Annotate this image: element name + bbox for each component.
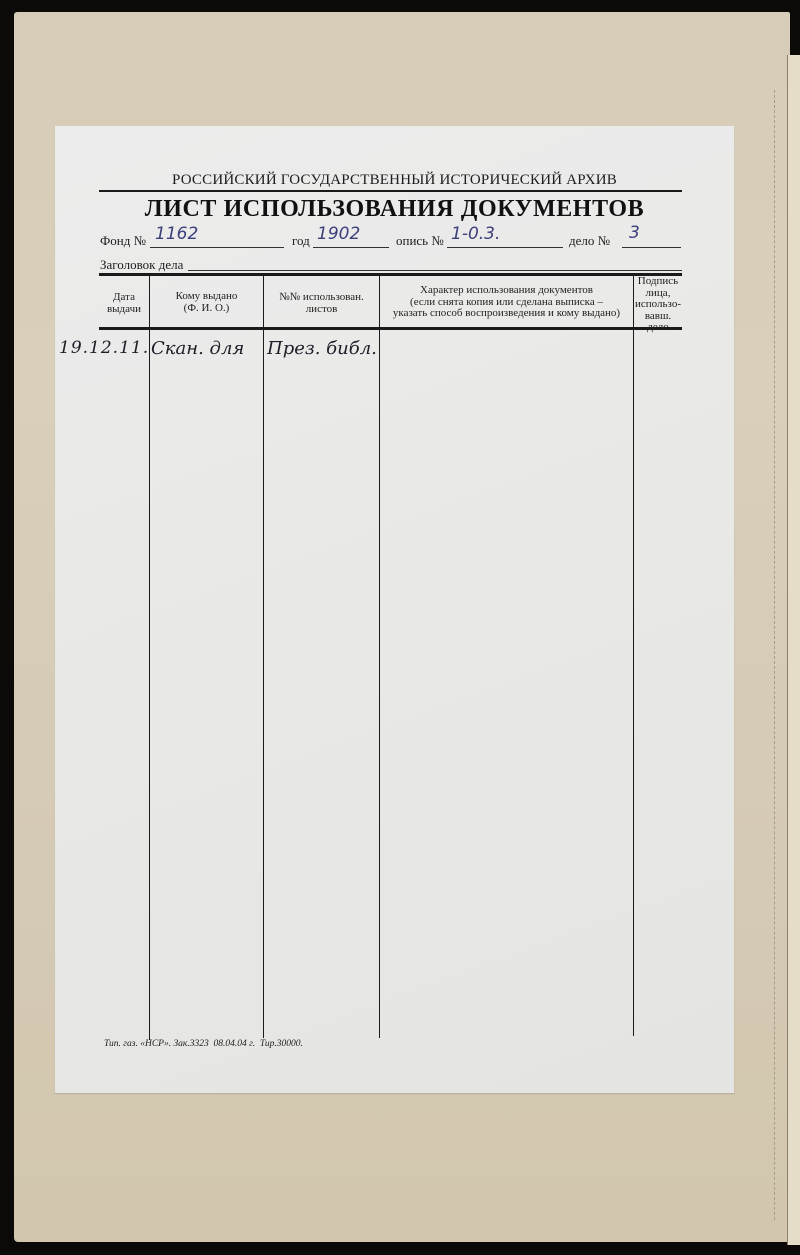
- fond-field-line: [150, 247, 284, 248]
- year-label: год: [292, 233, 310, 249]
- year-field-line: [313, 247, 389, 248]
- case-heading-line: [188, 270, 682, 271]
- row-1-issued-to[interactable]: Скан. для: [151, 338, 244, 359]
- row-1-date[interactable]: 19.12.11.: [59, 338, 149, 358]
- column-header-date: Дата выдачи: [99, 292, 149, 315]
- column-separator-2: [263, 274, 264, 1038]
- opis-value[interactable]: 1-0.3.: [451, 224, 500, 244]
- delo-value[interactable]: 3: [629, 223, 640, 243]
- folder-edge: [787, 55, 800, 1245]
- column-header-sheets: №№ использован. листов: [264, 292, 379, 315]
- fond-label: Фонд №: [100, 233, 146, 249]
- printer-imprint: Тип. газ. «НСР». Зак.3323 08.04.04 г. Ти…: [104, 1039, 303, 1049]
- column-header-issued-to: Кому выдано (Ф. И. О.): [150, 291, 263, 314]
- column-separator-4: [633, 274, 634, 1036]
- header-rule: [99, 190, 682, 192]
- column-separator-1: [149, 274, 150, 1040]
- row-1-sheets[interactable]: През. библ.: [267, 338, 377, 359]
- table-header-bottom-rule: [99, 327, 682, 330]
- archive-name: РОССИЙСКИЙ ГОСУДАРСТВЕННЫЙ ИСТОРИЧЕСКИЙ …: [55, 172, 734, 189]
- form-title: ЛИСТ ИСПОЛЬЗОВАНИЯ ДОКУМЕНТОВ: [55, 196, 734, 223]
- opis-field-line: [447, 247, 563, 248]
- table-top-rule: [99, 273, 682, 276]
- case-heading-label: Заголовок дела: [100, 257, 183, 273]
- fond-value[interactable]: 1162: [155, 224, 198, 244]
- delo-field-line: [622, 247, 681, 248]
- year-value[interactable]: 1902: [317, 224, 360, 244]
- folder-crease: [774, 90, 775, 1220]
- opis-label: опись №: [396, 233, 444, 249]
- column-separator-3: [379, 274, 380, 1038]
- column-header-signature: Подпись лица, использо- вавш. дело: [633, 276, 683, 334]
- delo-label: дело №: [569, 233, 610, 249]
- usage-sheet: РОССИЙСКИЙ ГОСУДАРСТВЕННЫЙ ИСТОРИЧЕСКИЙ …: [55, 126, 734, 1093]
- column-header-usage: Характер использования документов (если …: [380, 285, 633, 320]
